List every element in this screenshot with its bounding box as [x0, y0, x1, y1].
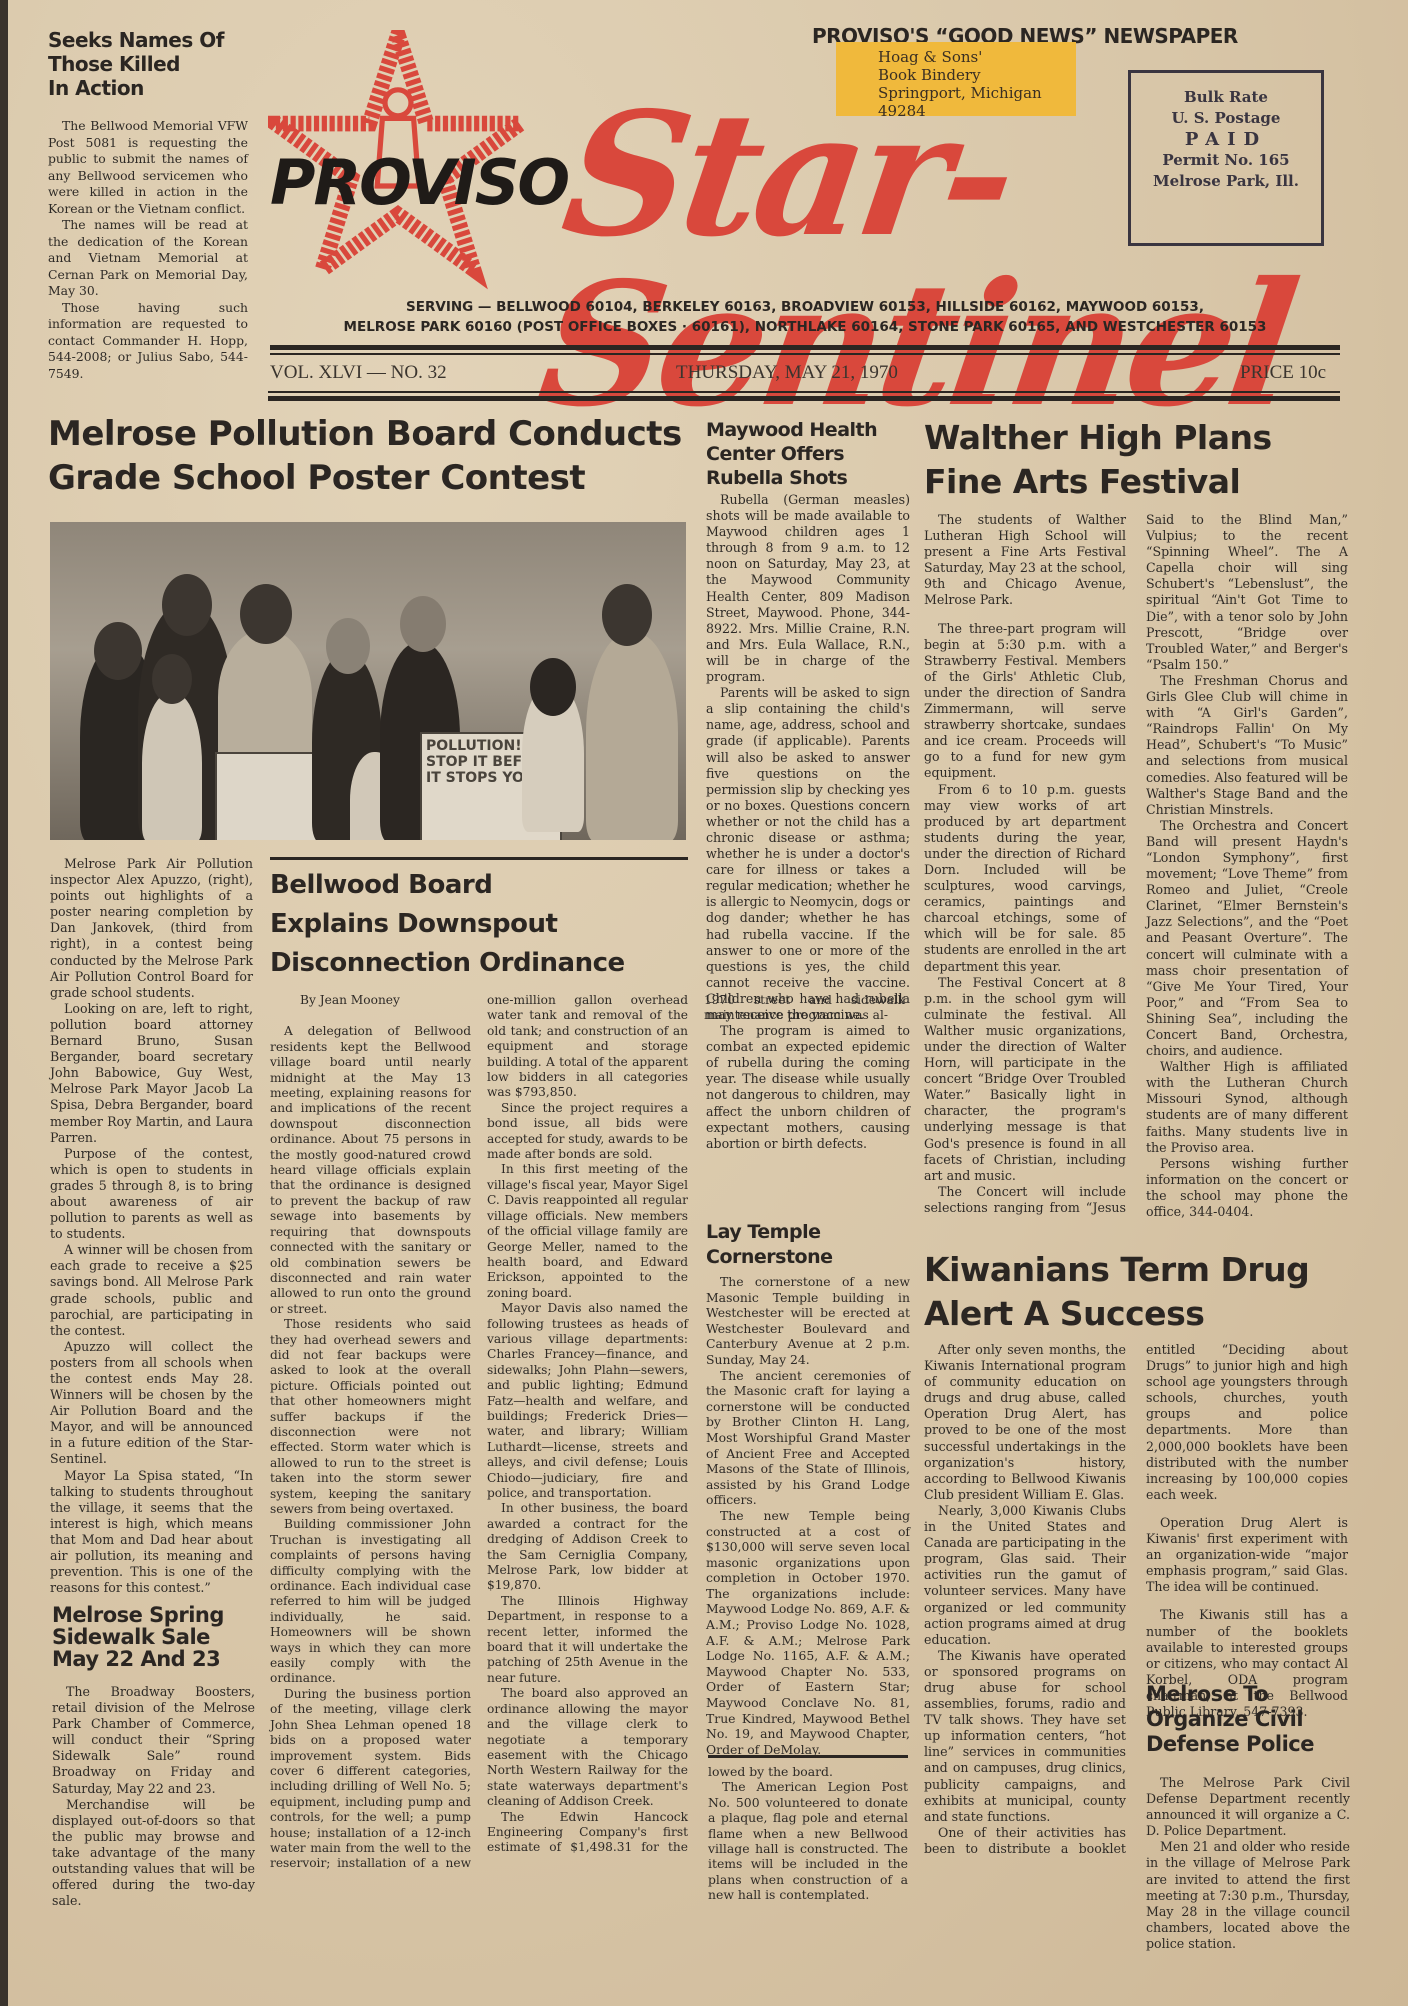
article-body: The cornerstone of a new Masonic Temple …	[706, 1274, 910, 1757]
bellwood-board-continuation: lowed by the board. The American Legion …	[708, 1764, 908, 1903]
page-edge	[0, 0, 8, 2006]
article-sidewalk-sale: Melrose Spring Sidewalk Sale May 22 And …	[52, 1604, 255, 1909]
masthead-rule-bottom-thin	[268, 391, 1340, 393]
photo-poster-contest: POLLUTION! STOP IT BEFORE IT STOPS YOU!	[50, 522, 686, 840]
article-walther-body: The students of Walther Lutheran High Sc…	[924, 512, 1348, 1232]
masthead-rule-top	[270, 345, 1340, 350]
headline-kiwanis: Kiwanians Term Drug Alert A Success	[924, 1248, 1354, 1336]
serving-areas: SERVING — BELLWOOD 60104, BERKELEY 60163…	[250, 297, 1360, 337]
headline: Seeks Names Of Those Killed In Action	[48, 28, 248, 100]
byline: By Jean Mooney	[270, 993, 471, 1008]
section-rule	[270, 857, 688, 860]
headline: Maywood Health Center Offers Rubella Sho…	[706, 418, 910, 490]
price: PRICE 10c	[1240, 362, 1326, 384]
article-civil-defense: Melrose To Organize Civil Defense Police…	[1146, 1682, 1350, 1952]
volume-number: VOL. XLVI — NO. 32	[270, 362, 447, 384]
article-body: The Bellwood Memorial VFW Post 5081 is r…	[48, 118, 248, 382]
article-lay-temple: Lay Temple Cornerstone The cornerstone o…	[706, 1220, 910, 1757]
section-rule	[708, 1755, 908, 1758]
masthead-rule-bottom	[268, 396, 1340, 401]
postage-stamp: Bulk Rate U. S. Postage PAID Permit No. …	[1128, 70, 1324, 246]
headline-pollution-board: Melrose Pollution Board Conducts Grade S…	[48, 412, 698, 500]
article-rubella: Maywood Health Center Offers Rubella Sho…	[706, 418, 910, 1152]
article-body: Rubella (German measles) shots will be m…	[706, 492, 910, 1152]
headline-walther: Walther High Plans Fine Arts Festival	[924, 416, 1354, 504]
mailing-label: Hoag & Sons' Book Bindery Springport, Mi…	[836, 42, 1076, 116]
article-body: The Melrose Park Civil Defense Departmen…	[1146, 1775, 1350, 1952]
masthead-proviso: PROVISO	[270, 146, 568, 219]
masthead-rule-top-thin	[270, 353, 1340, 355]
headline-bellwood-board: Bellwood Board Explains Downspout Discon…	[270, 866, 690, 983]
headline: Lay Temple Cornerstone	[706, 1220, 910, 1270]
article-bellwood-board-body: By Jean Mooney A delegation of Bellwood …	[270, 993, 688, 1873]
headline: Melrose Spring Sidewalk Sale May 22 And …	[52, 1604, 255, 1670]
article-body: The Broadway Boosters, retail division o…	[52, 1684, 255, 1909]
issue-date: THURSDAY, MAY 21, 1970	[676, 362, 898, 384]
article-pollution-board-body: Melrose Park Air Pollution inspector Ale…	[50, 856, 253, 1596]
headline: Melrose To Organize Civil Defense Police	[1146, 1682, 1350, 1757]
article-seeks-names: Seeks Names Of Those Killed In Action Th…	[48, 28, 248, 382]
